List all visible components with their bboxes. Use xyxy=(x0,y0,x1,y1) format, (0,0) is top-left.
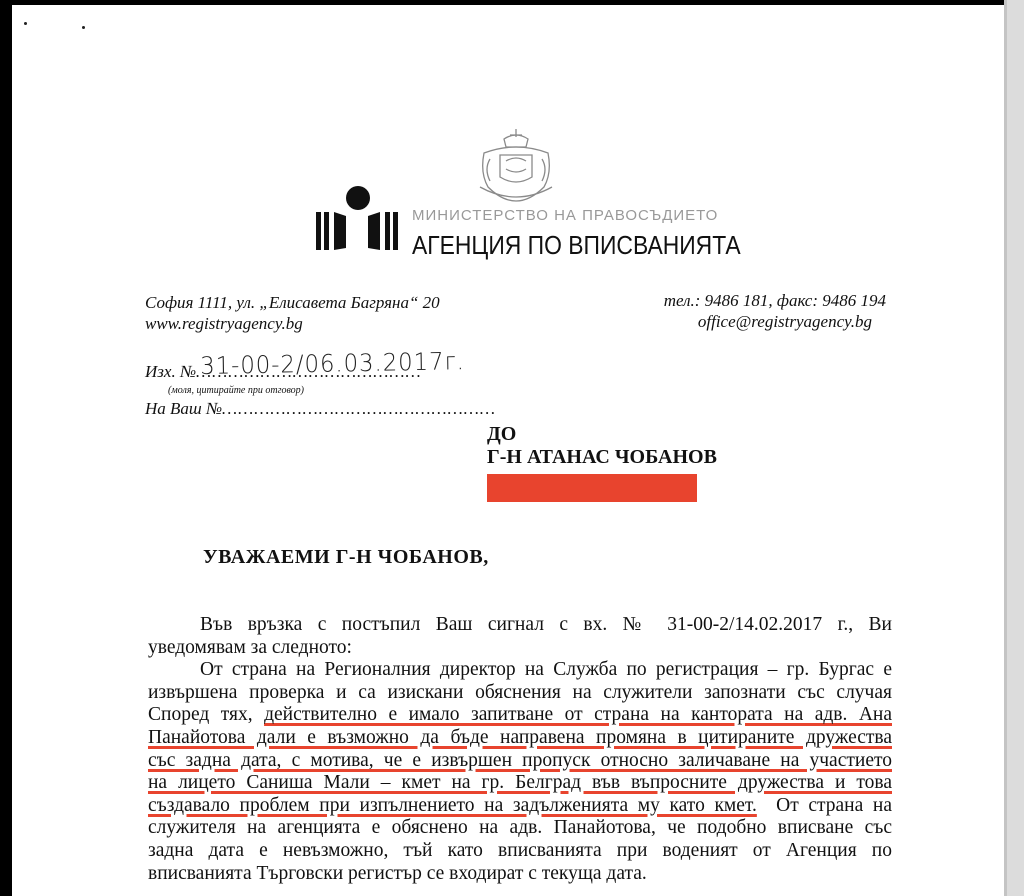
body-line: задна дата е невъзможно, тъй като вписва… xyxy=(148,840,892,863)
website-link: www.registryagency.bg xyxy=(145,313,440,334)
scan-border-left xyxy=(0,0,12,896)
ministry-name: МИНИСТЕРСТВО НА ПРАВОСЪДИЕТО xyxy=(412,207,718,224)
highlighted-text: със задна дата, с мотива, че е извършен … xyxy=(148,750,892,771)
body-line-plain: Според тях, xyxy=(148,704,253,725)
agency-name: АГЕНЦИЯ ПО ВПИСВАНИЯТА xyxy=(412,230,741,261)
scan-speck xyxy=(24,22,27,25)
email-address: office@registryagency.bg xyxy=(636,311,886,332)
body-line: извършена проверка и са изискани обяснен… xyxy=(148,682,892,705)
outgoing-number-label: Изх. № xyxy=(145,362,196,381)
addressee-to: ДО xyxy=(487,423,516,446)
body-line: на лицето Саниша Мали – кмет на гр. Белг… xyxy=(148,772,892,795)
body-line-plain: От страна на xyxy=(776,795,892,816)
address-line: София 1111, ул. „Елисавета Багряна“ 20 xyxy=(145,292,440,313)
outgoing-number-handwritten: 31-00-2/06.03.2017г. xyxy=(200,347,465,380)
agency-logo-icon xyxy=(316,186,406,252)
salutation: УВАЖАЕМИ Г-Н ЧОБАНОВ, xyxy=(203,546,489,569)
highlighted-text: действително е имало запитване от страна… xyxy=(264,704,892,725)
letter-body: Във връзка с постъпил Ваш сигнал с вх. №… xyxy=(148,614,892,885)
agency-contact: тел.: 9486 181, факс: 9486 194 office@re… xyxy=(636,290,886,332)
body-line: вписванията Търговски регистър се входир… xyxy=(148,863,892,886)
body-line: създавало проблем при изпълнението на за… xyxy=(148,795,892,818)
body-line: Във връзка с постъпил Ваш сигнал с вх. №… xyxy=(148,614,892,637)
body-line: От страна на Регионалния директор на Слу… xyxy=(148,659,892,682)
highlighted-text: Панайотова дали е възможно да бъде напра… xyxy=(148,727,892,748)
addressee-name: Г-Н АТАНАС ЧОБАНОВ xyxy=(487,446,717,469)
body-line: служителя на агенцията е обяснено на адв… xyxy=(148,817,892,840)
redaction-bar xyxy=(487,474,697,502)
coat-of-arms-icon xyxy=(470,125,562,207)
your-reference-field: На Ваш №…………………………………………… xyxy=(145,399,496,419)
body-line: Според тях, действително е имало запитва… xyxy=(148,704,892,727)
body-line: уведомявам за следното: xyxy=(148,637,892,660)
your-reference-dots: …………………………………………… xyxy=(222,399,496,418)
body-line: със задна дата, с мотива, че е извършен … xyxy=(148,750,892,773)
highlighted-text: на лицето Саниша Мали – кмет на гр. Белг… xyxy=(148,772,892,793)
your-reference-label: На Ваш № xyxy=(145,399,222,418)
viewer-scrollbar-gutter[interactable] xyxy=(1004,0,1024,896)
phone-fax: тел.: 9486 181, факс: 9486 194 xyxy=(636,290,886,311)
body-line: Панайотова дали е възможно да бъде напра… xyxy=(148,727,892,750)
agency-address: София 1111, ул. „Елисавета Багряна“ 20 w… xyxy=(145,292,440,334)
citation-note: (моля, цитирайте при отговор) xyxy=(168,385,304,396)
scan-speck xyxy=(82,26,85,29)
highlighted-text: създавало проблем при изпълнението на за… xyxy=(148,795,757,816)
